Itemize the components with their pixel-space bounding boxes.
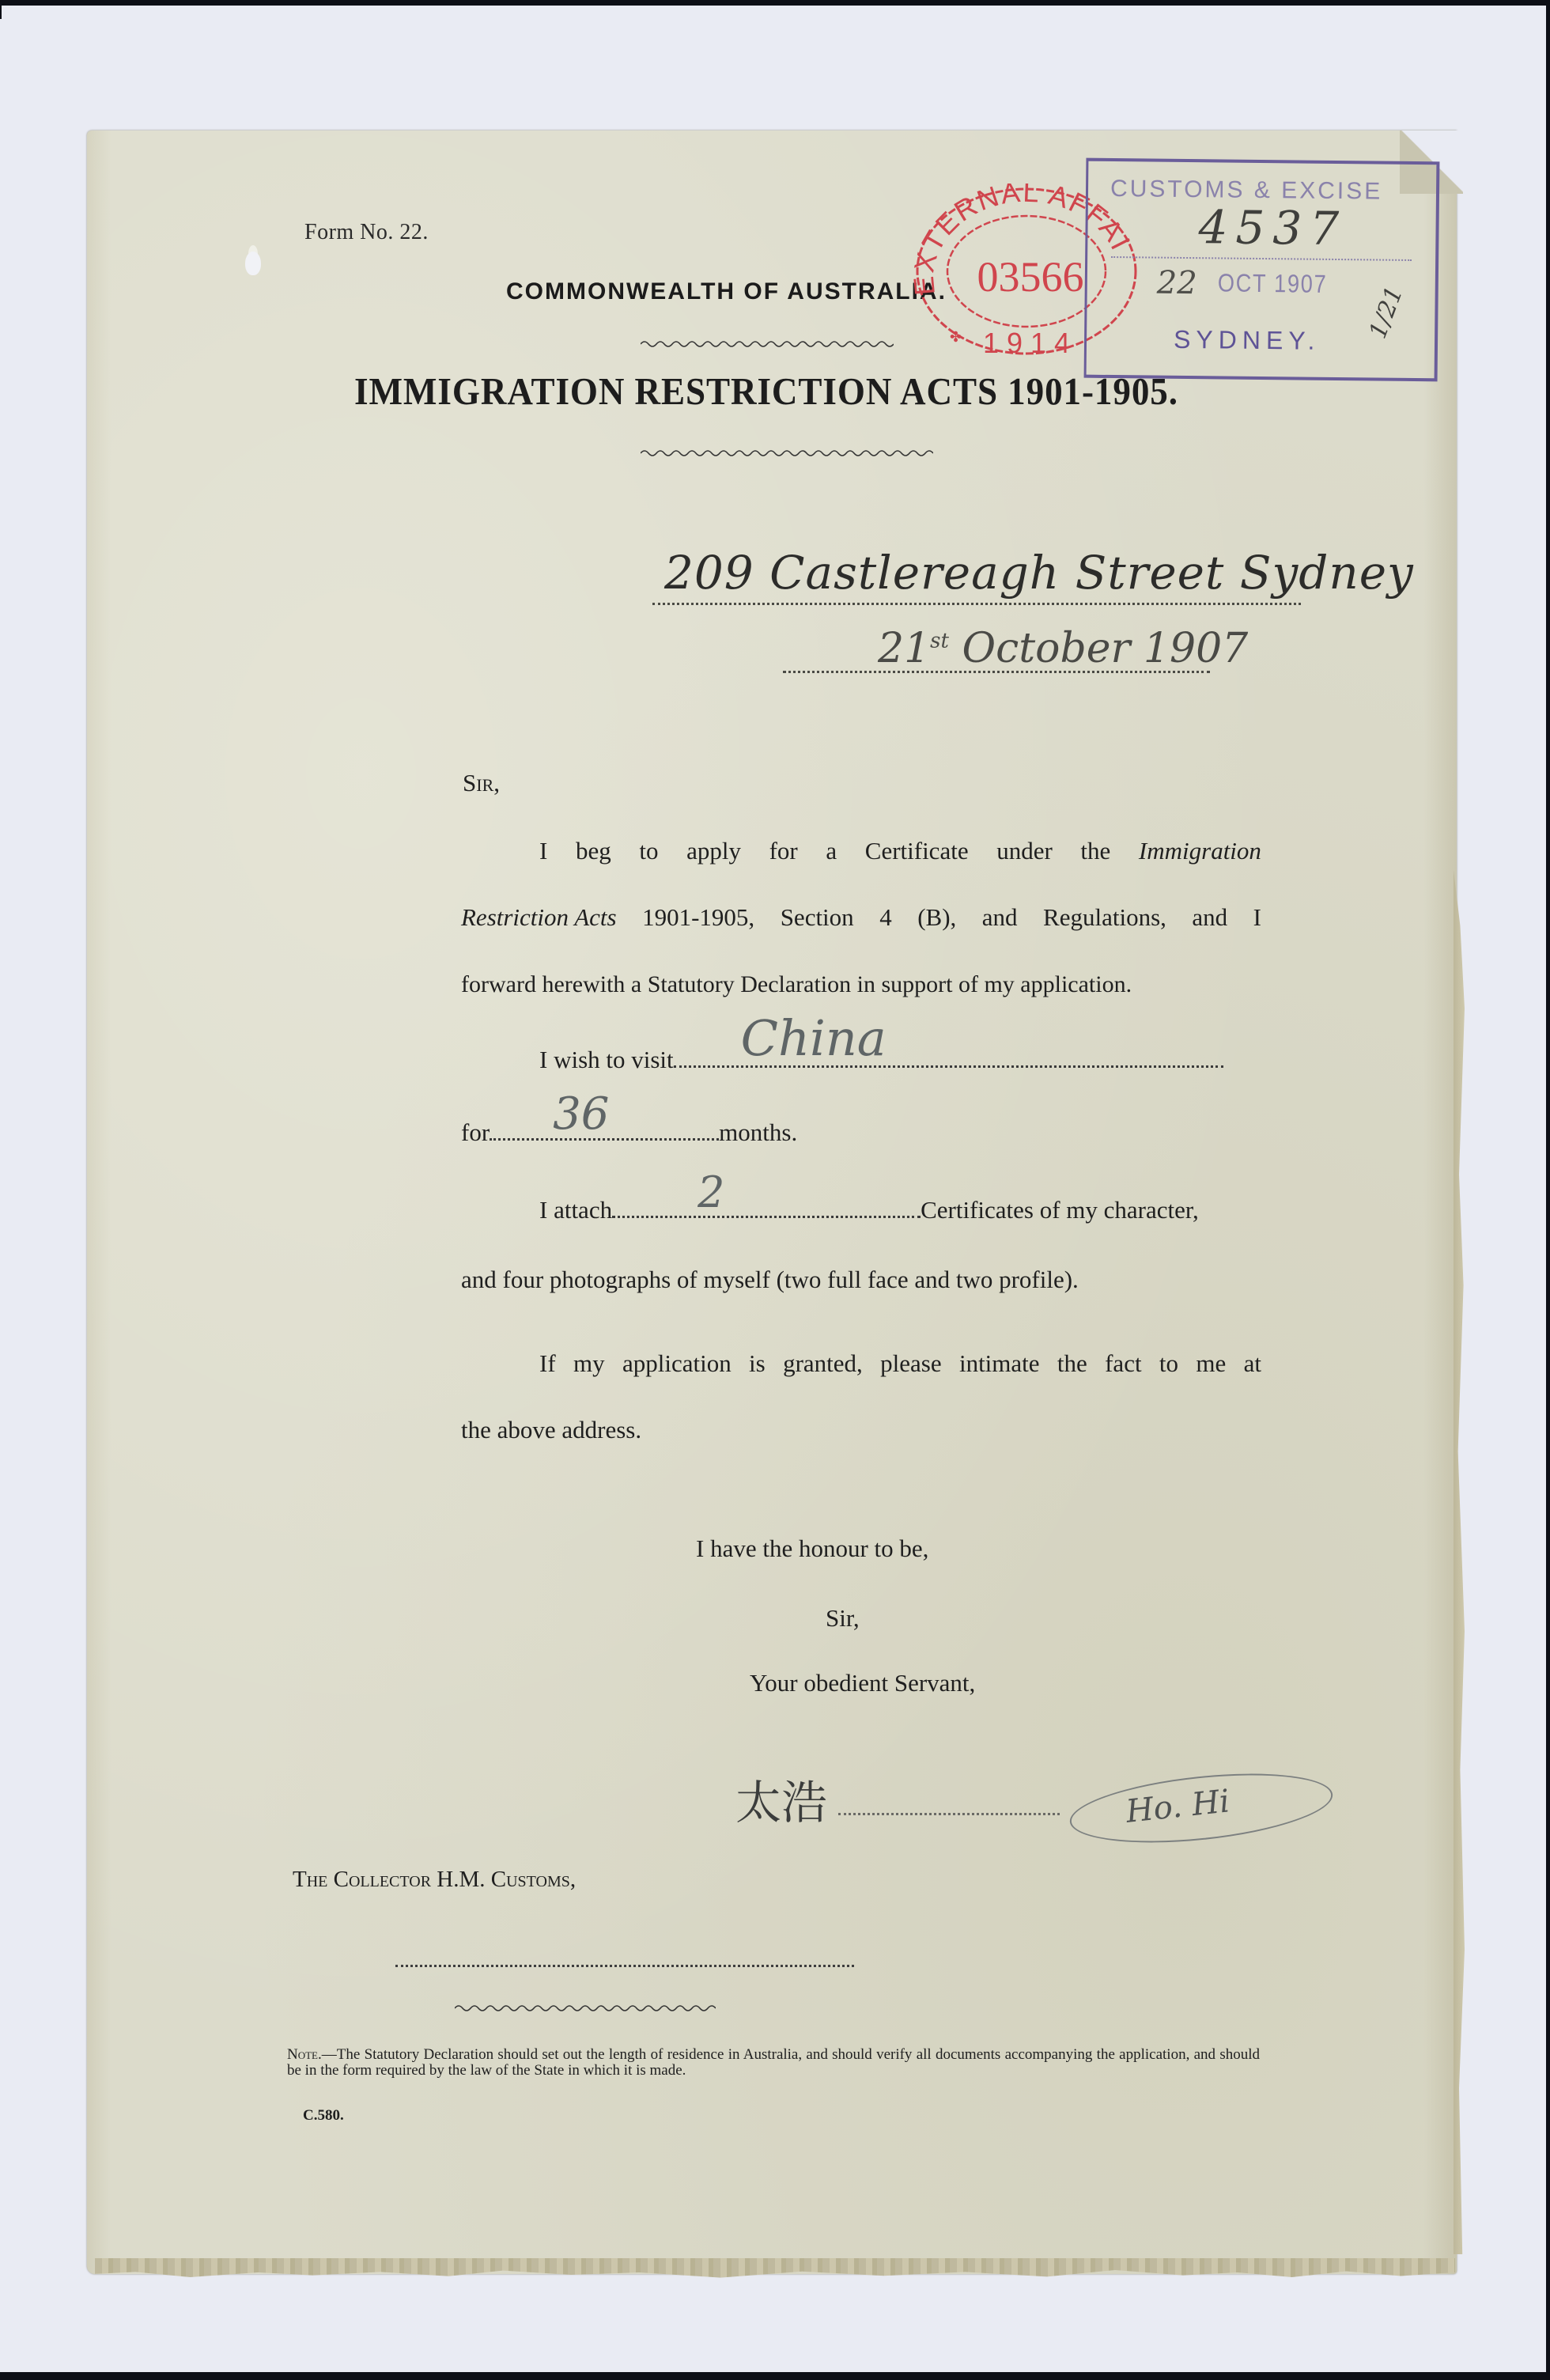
ornament-squiggle-3 xyxy=(455,2004,716,2012)
scan-frame-left xyxy=(0,0,2,19)
form-number: Form No. 22. xyxy=(304,220,429,245)
handwritten-date: 21st October 1907 xyxy=(878,625,1248,672)
attach-value: 2 xyxy=(697,1167,724,1217)
customs-stamp-day: 22 xyxy=(1157,265,1197,302)
customs-dotted-line xyxy=(1111,256,1412,261)
address-dotted-line xyxy=(652,603,1301,605)
intimate-line2: the above address. xyxy=(461,1416,641,1444)
para1-line2: Restriction Acts 1901-1905, Section 4 (B… xyxy=(461,903,1261,932)
visit-dotted-line: China xyxy=(674,1061,1223,1068)
customs-handwritten-mark: 1/21 xyxy=(1364,282,1408,342)
signature-chinese: 太浩 xyxy=(735,1765,827,1832)
attach-dotted-line: 2 xyxy=(612,1211,921,1218)
scan-frame-right xyxy=(1546,0,1550,2380)
svg-text:✤: ✤ xyxy=(950,329,962,346)
scan-frame-bottom xyxy=(0,2372,1550,2380)
photos-line: and four photographs of myself (two full… xyxy=(461,1266,1079,1294)
duration-dotted-line: 36 xyxy=(490,1133,719,1141)
addressee: The Collector H.M. Customs, xyxy=(293,1867,576,1893)
customs-reference-number: 4537 xyxy=(1198,200,1347,255)
ornament-squiggle-2 xyxy=(641,449,933,457)
print-code: C.580. xyxy=(303,2107,344,2125)
customs-stamp-date: OCT 1907 xyxy=(1218,268,1328,298)
duration-value: 36 xyxy=(553,1088,609,1140)
para1-line1: I beg to apply for a Certificate under t… xyxy=(539,837,1261,865)
intimate-line1: If my application is granted, please int… xyxy=(539,1349,1261,1378)
customs-stamp-city: SYDNEY. xyxy=(1174,325,1321,356)
scan-frame-top xyxy=(0,0,1550,6)
note-label: Note. xyxy=(287,2046,322,2063)
torn-right-edge xyxy=(1454,870,1465,2254)
stamp-year: 1914 xyxy=(983,327,1078,359)
closing-line2: Sir, xyxy=(826,1604,860,1633)
footnote: Note.—The Statutory Declaration should s… xyxy=(287,2047,1260,2079)
page-title: IMMIGRATION RESTRICTION ACTS 1901-1905. xyxy=(354,369,1178,414)
header-commonwealth: COMMONWEALTH OF AUSTRALIA. xyxy=(506,278,947,305)
note-text: —The Statutory Declaration should set ou… xyxy=(287,2046,1260,2079)
customs-excise-stamp: CUSTOMS & EXCISE 4537 22 OCT 1907 SYDNEY… xyxy=(1084,158,1440,382)
signature-dotted-line xyxy=(838,1813,1060,1815)
salutation: Sir, xyxy=(463,769,500,797)
ornament-squiggle-1 xyxy=(641,340,894,348)
attach-field: I attach2Certificates of my character, xyxy=(539,1196,1199,1224)
visit-value: China xyxy=(741,1009,887,1067)
collector-dotted-line xyxy=(395,1965,854,1967)
punch-hole xyxy=(245,252,261,275)
duration-field: for36months. xyxy=(461,1118,797,1147)
date-dotted-line xyxy=(783,671,1210,673)
torn-bottom-edge xyxy=(95,2258,1455,2282)
closing-line3: Your obedient Servant, xyxy=(750,1669,975,1697)
stamp-number: 03566 xyxy=(977,253,1084,301)
closing-line1: I have the honour to be, xyxy=(696,1534,928,1563)
handwritten-address: 209 Castlereagh Street Sydney xyxy=(664,546,1414,600)
visit-field: I wish to visitChina xyxy=(539,1046,1223,1074)
signature-english: Ho. Hi xyxy=(1125,1783,1231,1829)
para1-line3: forward herewith a Statutory Declaration… xyxy=(461,971,1132,998)
